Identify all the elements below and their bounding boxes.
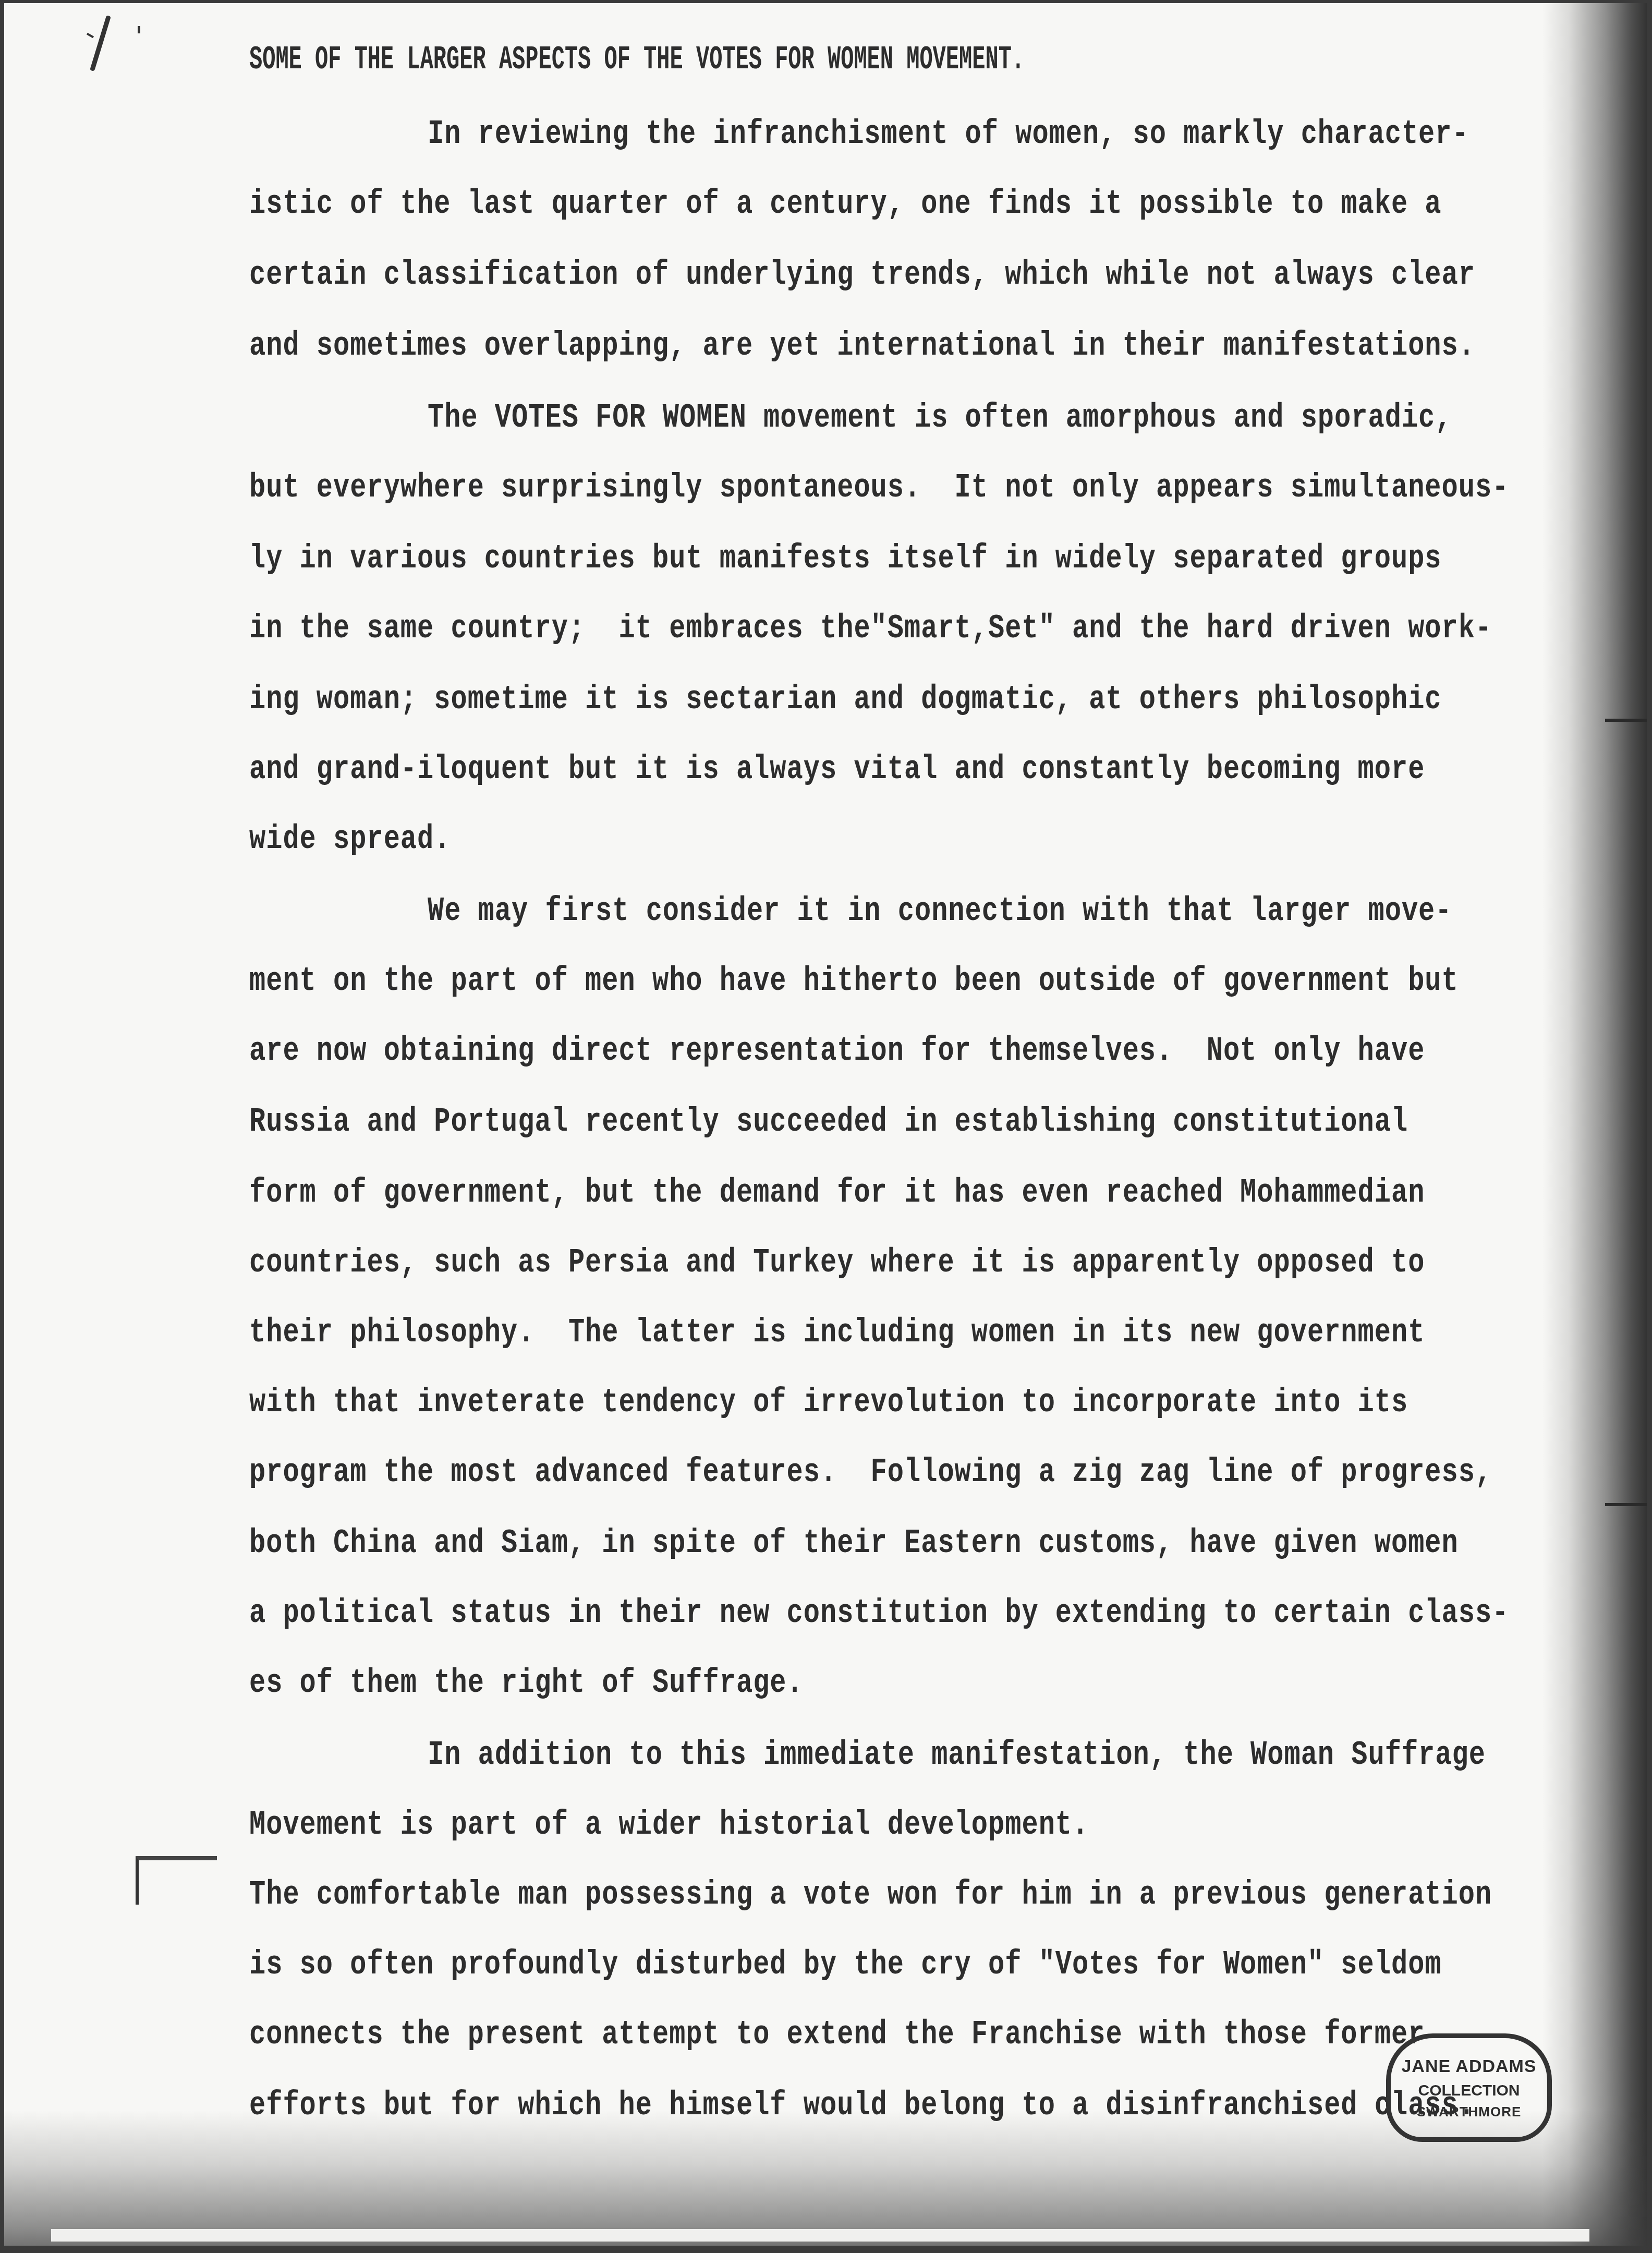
stamp-line: JANE ADDAMS — [1401, 2054, 1536, 2079]
document-page: SOME OF THE LARGER ASPECTS OF THE VOTES … — [4, 3, 1647, 2246]
text-line: ment on the part of men who have hithert… — [249, 962, 1459, 1000]
text-line: a political status in their new constitu… — [249, 1594, 1509, 1632]
text-line: both China and Siam, in spite of their E… — [249, 1524, 1459, 1562]
text-line: and grand-iloquent but it is always vita… — [249, 750, 1425, 789]
page-fold-mark — [1605, 719, 1647, 722]
page-fold-mark — [1605, 1503, 1647, 1506]
text-line: countries, such as Persia and Turkey whe… — [249, 1243, 1425, 1282]
text-line: Russia and Portugal recently succeeded i… — [249, 1103, 1408, 1141]
text-line: but everywhere surprisingly spontaneous.… — [249, 468, 1509, 507]
handwritten-page-mark — [90, 15, 111, 71]
pen-mark — [138, 26, 140, 33]
text-line: In addition to this immediate manifestat… — [428, 1736, 1486, 1774]
stamp-line: COLLECTION — [1418, 2079, 1520, 2102]
text-line: their philosophy. The latter is includin… — [249, 1313, 1425, 1352]
text-line: Movement is part of a wider historial de… — [249, 1806, 1089, 1844]
text-line: connects the present attempt to extend t… — [249, 2015, 1425, 2054]
page-bottom-shadow — [4, 2110, 1647, 2246]
text-line: program the most advanced features. Foll… — [249, 1453, 1492, 1492]
text-line: istic of the last quarter of a century, … — [249, 185, 1442, 223]
page-edge-shadow — [1542, 3, 1647, 2246]
text-line: with that inveterate tendency of irrevol… — [249, 1383, 1408, 1422]
pen-mark — [87, 33, 94, 38]
text-line: The comfortable man possessing a vote wo… — [249, 1875, 1492, 1914]
text-line: The VOTES FOR WOMEN movement is often am… — [428, 398, 1452, 437]
margin-bracket-mark — [136, 1856, 217, 1905]
document-title: SOME OF THE LARGER ASPECTS OF THE VOTES … — [249, 41, 1025, 78]
text-line: certain classification of underlying tre… — [249, 256, 1475, 294]
text-line: wide spread. — [249, 820, 451, 858]
text-line: es of them the right of Suffrage. — [249, 1664, 804, 1702]
text-line: are now obtaining direct representation … — [249, 1032, 1425, 1070]
text-line: is so often profoundly disturbed by the … — [249, 1945, 1442, 1984]
text-line: in the same country; it embraces the"Sma… — [249, 609, 1492, 648]
text-line: In reviewing the infranchisment of women… — [428, 115, 1469, 153]
text-line: form of government, but the demand for i… — [249, 1173, 1425, 1212]
text-line: ly in various countries but manifests it… — [249, 539, 1442, 578]
text-line: and sometimes overlapping, are yet inter… — [249, 326, 1475, 365]
text-line: We may first consider it in connection w… — [428, 892, 1452, 930]
text-line: ing woman; sometime it is sectarian and … — [249, 680, 1442, 719]
page-bottom-edge — [51, 2229, 1589, 2242]
